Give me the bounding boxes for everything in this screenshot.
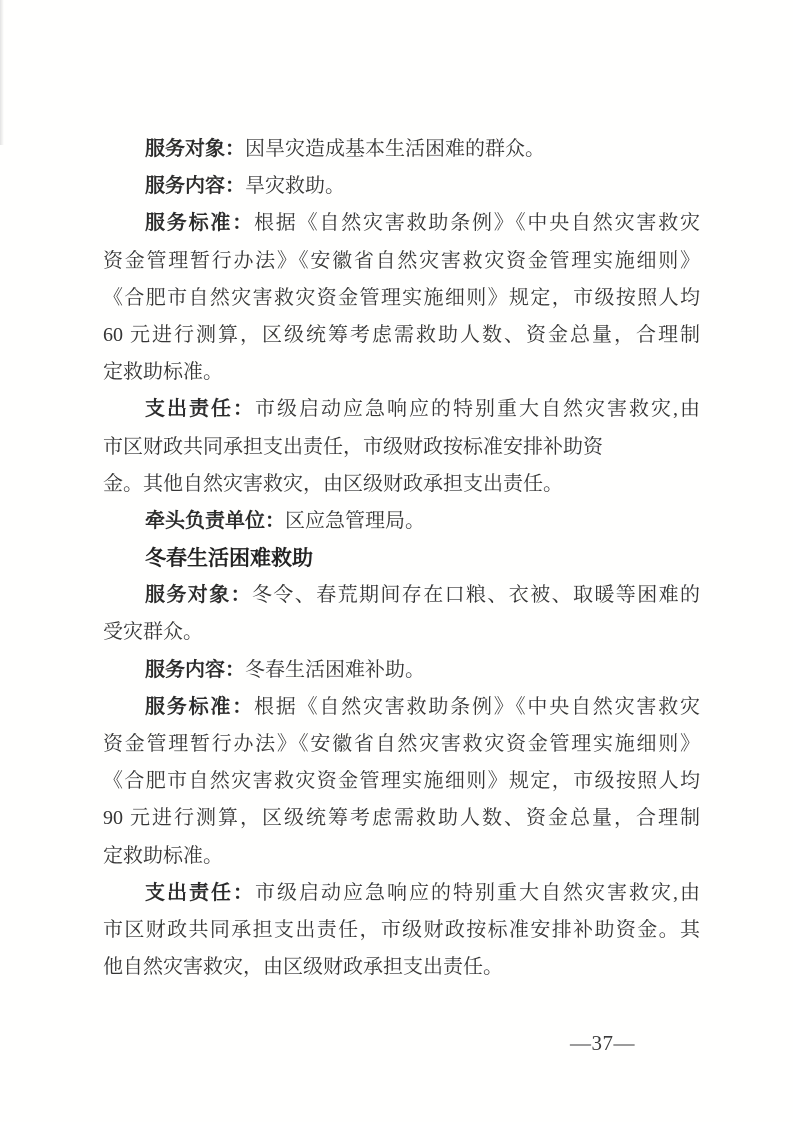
text-line: 90 元进行测算，区级统筹考虑需救助人数、资金总量，合理制: [103, 800, 700, 837]
field-label: 服务内容：: [145, 175, 245, 197]
field-label: 支出责任：: [145, 398, 255, 420]
text-line: 服务标准：根据《自然灾害救助条例》《中央自然灾害救灾: [103, 689, 700, 726]
text-line: 定救助标准。: [103, 354, 700, 391]
text-line: 服务对象：冬令、春荒期间存在口粮、衣被、取暖等困难的: [103, 577, 700, 614]
document-body: 服务对象：因旱灾造成基本生活困难的群众。服务内容：旱灾救助。服务标准：根据《自然…: [103, 131, 700, 986]
field-label: 服务标准：: [145, 696, 254, 718]
page-number: —37—: [570, 1030, 635, 1056]
field-label: 牵头负责单位：: [145, 510, 285, 532]
scan-edge-artifact: [0, 0, 4, 145]
text-line: 《合肥市自然灾害救灾资金管理实施细则》规定，市级按照人均: [103, 280, 700, 317]
text-line: 服务内容：旱灾救助。: [103, 168, 700, 205]
field-label: 服务标准：: [145, 212, 254, 234]
text-line: 60 元进行测算，区级统筹考虑需救助人数、资金总量，合理制: [103, 317, 700, 354]
text-line: 服务对象：因旱灾造成基本生活困难的群众。: [103, 131, 700, 168]
text-line: 资金管理暂行办法》《安徽省自然灾害救灾资金管理实施细则》: [103, 726, 700, 763]
field-label: 支出责任：: [145, 882, 255, 904]
text-line: 支出责任：市级启动应急响应的特别重大自然灾害救灾,由: [103, 391, 700, 428]
text-line: 支出责任：市级启动应急响应的特别重大自然灾害救灾,由: [103, 875, 700, 912]
field-label: 服务对象：: [145, 138, 245, 160]
document-page: 服务对象：因旱灾造成基本生活困难的群众。服务内容：旱灾救助。服务标准：根据《自然…: [0, 0, 793, 1122]
text-line: 他自然灾害救灾，由区级财政承担支出责任。: [103, 949, 700, 986]
section-heading: 冬春生活困难救助: [103, 540, 700, 577]
text-line: 市区财政共同承担支出责任，市级财政按标准安排补助资: [103, 429, 700, 466]
text-line: 资金管理暂行办法》《安徽省自然灾害救灾资金管理实施细则》: [103, 243, 700, 280]
text-line: 牵头负责单位：区应急管理局。: [103, 503, 700, 540]
text-line: 《合肥市自然灾害救灾资金管理实施细则》规定，市级按照人均: [103, 763, 700, 800]
text-line: 市区财政共同承担支出责任，市级财政按标准安排补助资金。其: [103, 912, 700, 949]
text-line: 服务内容：冬春生活困难补助。: [103, 652, 700, 689]
text-line: 金。其他自然灾害救灾，由区级财政承担支出责任。: [103, 466, 700, 503]
text-line: 定救助标准。: [103, 838, 700, 875]
field-label: 服务对象：: [145, 584, 252, 606]
field-label: 服务内容：: [145, 659, 245, 681]
text-line: 服务标准：根据《自然灾害救助条例》《中央自然灾害救灾: [103, 205, 700, 242]
text-line: 受灾群众。: [103, 614, 700, 651]
